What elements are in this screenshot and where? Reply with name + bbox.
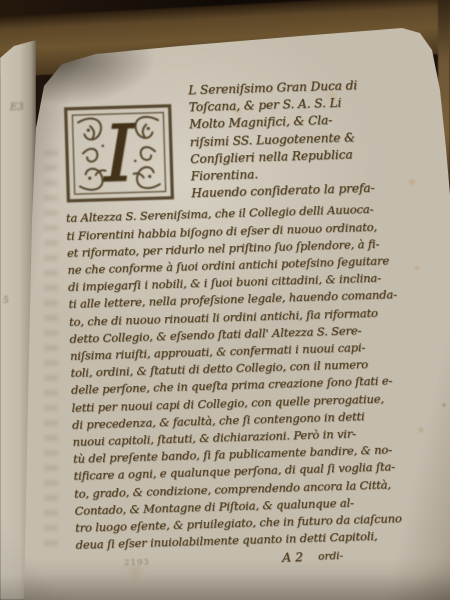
photo-of-book-page: E3 5 — [0, 0, 450, 600]
pencil-annotation: 2193 — [124, 558, 150, 569]
woodcut-initial: I — [63, 103, 176, 204]
body-text: ta Altezza S. Sereniſsima, che il Colleg… — [66, 200, 414, 554]
printed-text-block: I L Sereniſsimo Gran Duca di Toſcana, & … — [62, 76, 414, 574]
signature-mark: A 2 — [282, 550, 303, 566]
woodcut-initial-art: I — [63, 103, 176, 204]
initial-letter-glyph: I — [100, 109, 138, 200]
ink-showthrough — [44, 150, 58, 550]
margin-mark: E3 — [10, 102, 24, 113]
catchword: ordi- — [318, 550, 343, 563]
margin-mark: 5 — [3, 296, 9, 306]
book-page: I L Sereniſsimo Gran Duca di Toſcana, & … — [0, 0, 450, 600]
